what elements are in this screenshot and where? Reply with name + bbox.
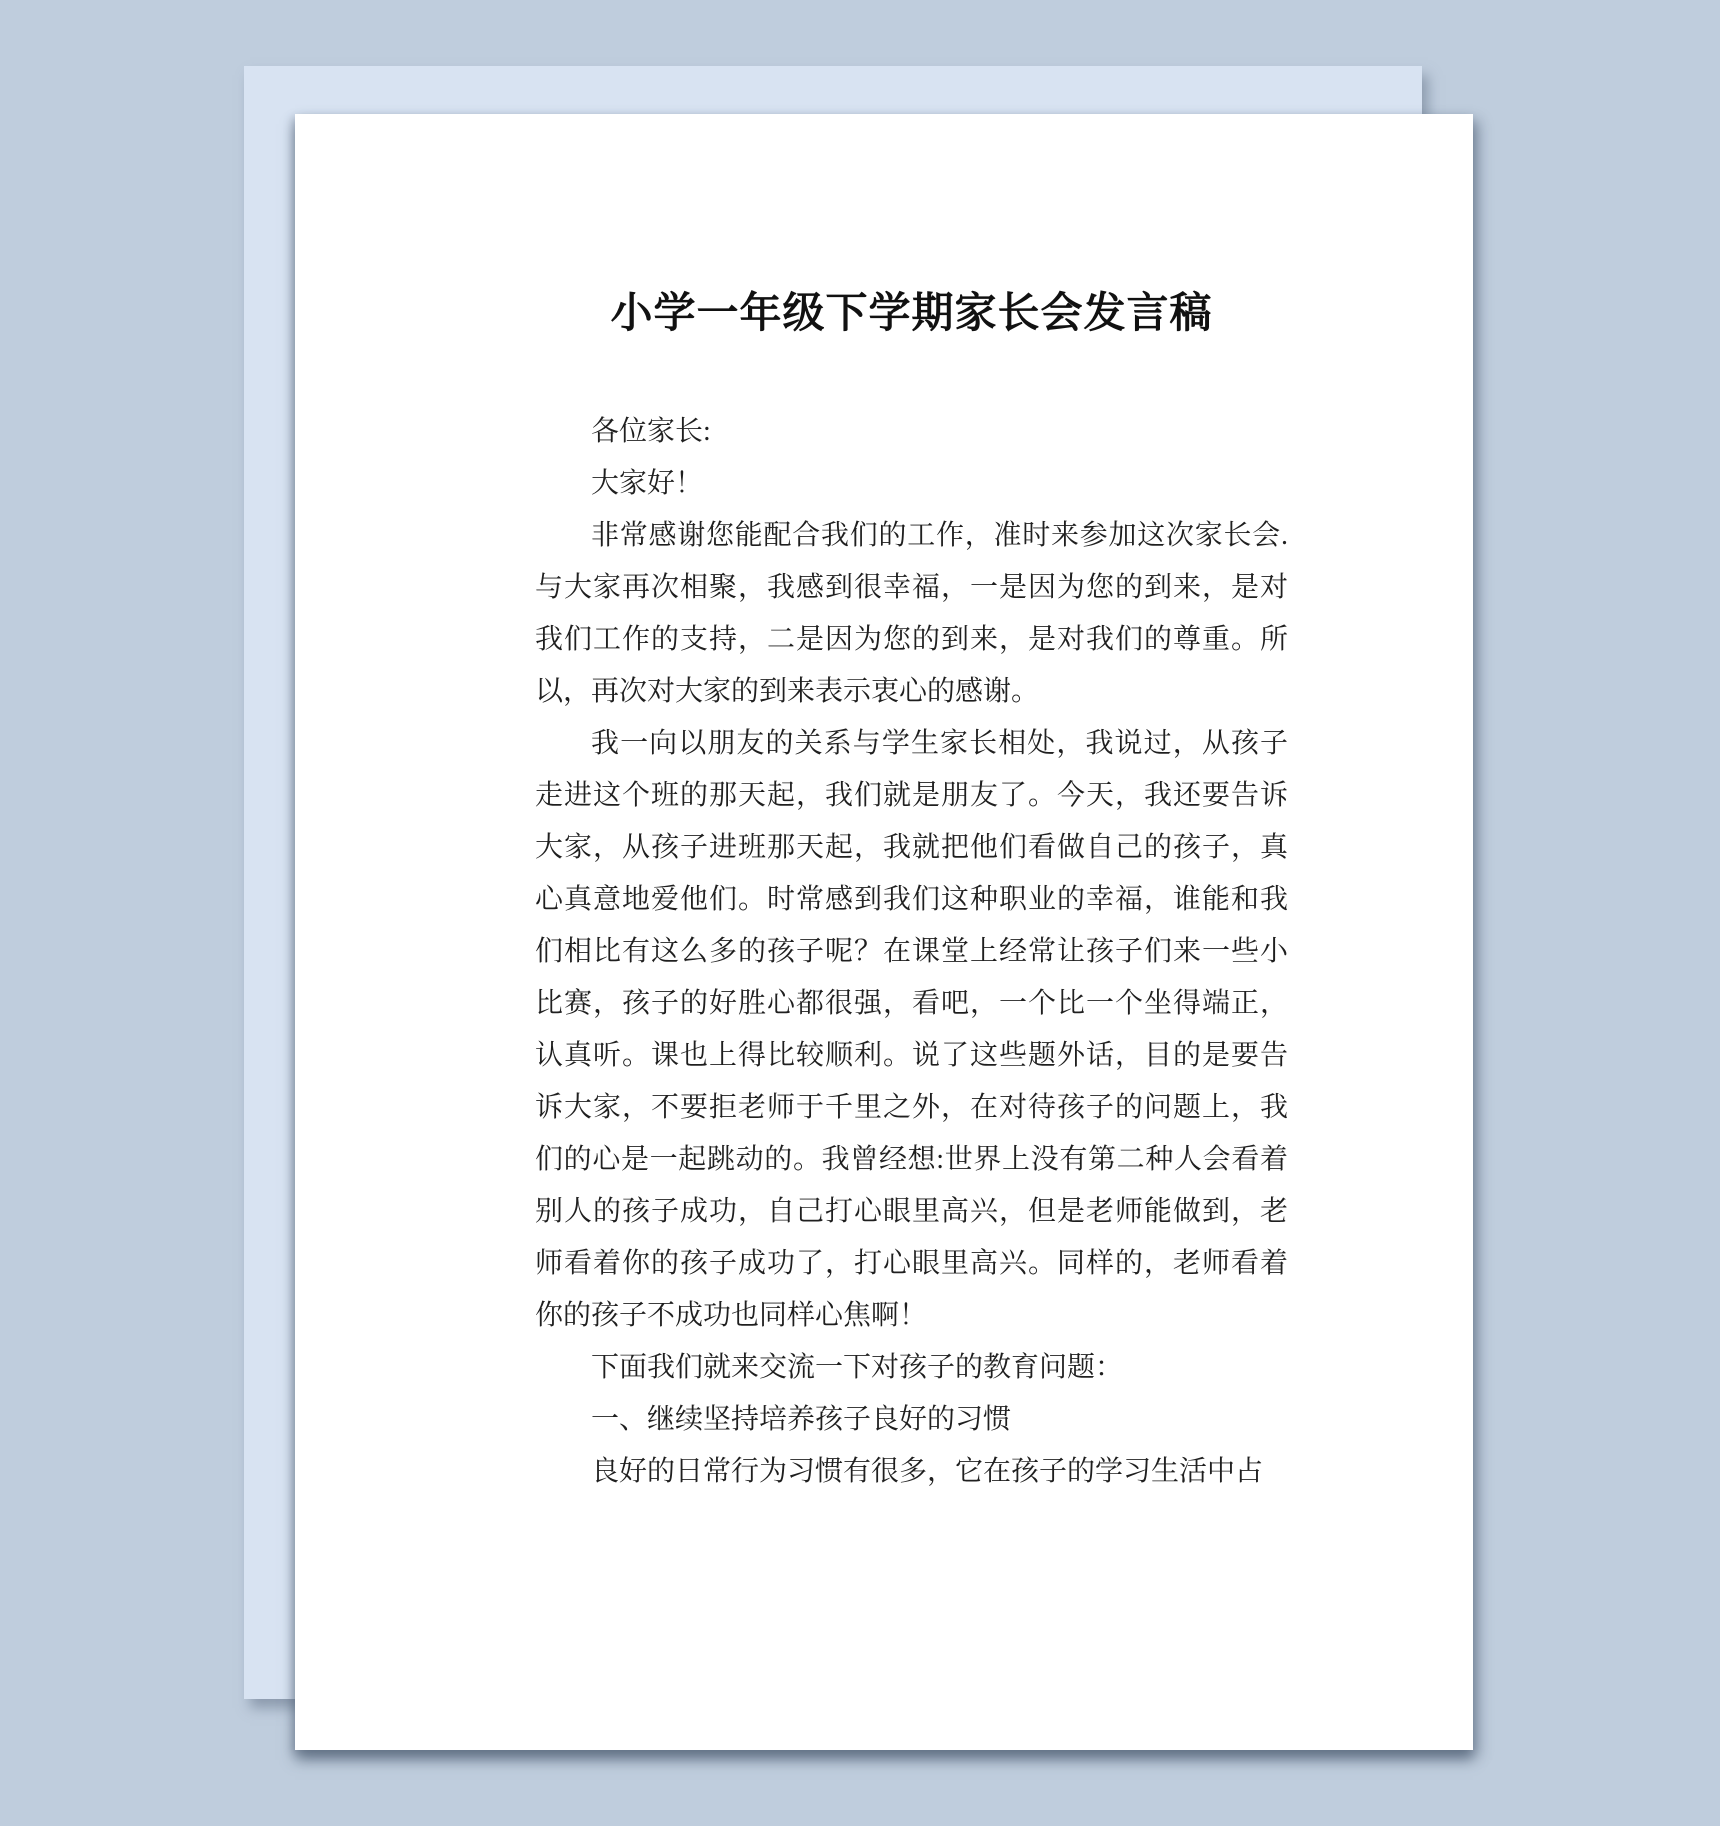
document-body: 各位家长: 大家好！ 非常感谢您能配合我们的工作，准时来参加这次家长会.与大家再… [535,406,1288,1498]
document-title: 小学一年级下学期家长会发言稿 [535,284,1288,344]
document-preview-background: 小学一年级下学期家长会发言稿 各位家长: 大家好！ 非常感谢您能配合我们的工作，… [0,0,1720,1826]
paragraph-section-heading: 一、继续坚持培养孩子良好的习惯 [535,1394,1288,1446]
paragraph: 良好的日常行为习惯有很多，它在孩子的学习生活中占 [535,1446,1288,1498]
paragraph-greeting: 大家好！ [535,458,1288,510]
paragraph: 我一向以朋友的关系与学生家长相处，我说过，从孩子走进这个班的那天起，我们就是朋友… [535,718,1288,1342]
document-page: 小学一年级下学期家长会发言稿 各位家长: 大家好！ 非常感谢您能配合我们的工作，… [295,114,1473,1750]
paragraph: 下面我们就来交流一下对孩子的教育问题： [535,1342,1288,1394]
paragraph-salutation: 各位家长: [535,406,1288,458]
paragraph: 非常感谢您能配合我们的工作，准时来参加这次家长会.与大家再次相聚，我感到很幸福，… [535,510,1288,718]
